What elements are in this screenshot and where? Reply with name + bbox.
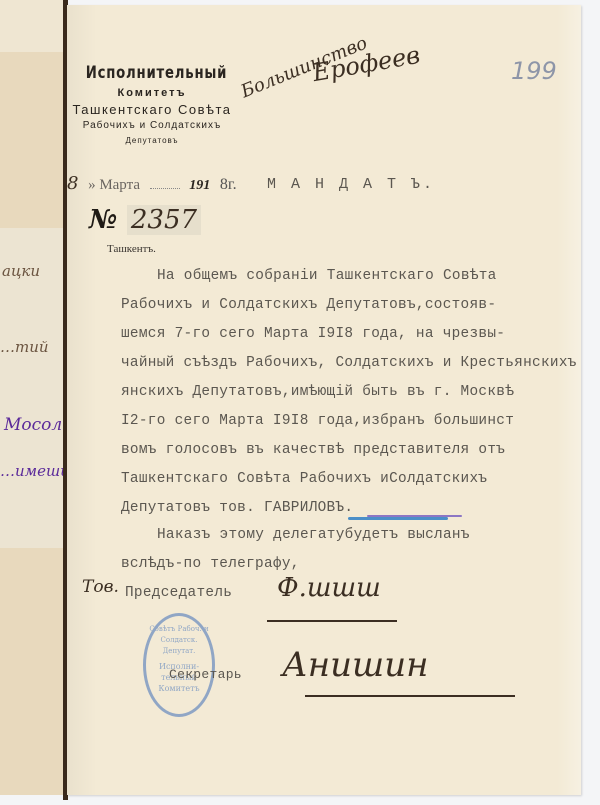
body-line-7: вомъ голосовъ въ качествѣ представителя …	[121, 442, 505, 458]
name-underline-blue	[348, 517, 448, 520]
chairman-signature-underline	[267, 620, 397, 622]
number-symbol: №	[89, 205, 117, 235]
left-note-2: …тий	[0, 338, 49, 356]
body-line-9: Депутатовъ тов. ГАВРИЛОВЪ.	[121, 500, 353, 516]
chairman-signature: Ф.шшш	[277, 573, 381, 603]
left-note-1: ацки	[2, 262, 40, 280]
official-stamp: Совѣтъ Рабоч. и Солдатск. Депутат. Испол…	[143, 613, 215, 717]
chairman-label: Председатель	[125, 585, 232, 601]
archive-page-number: 199	[511, 57, 557, 85]
city: Ташкентъ.	[107, 243, 156, 255]
body-line-2: Рабочихъ и Солдатскихъ Депутатовъ,состоя…	[121, 297, 496, 313]
body-line-3: шемся 7-го сего Марта I9I8 года, на чрез…	[121, 326, 505, 342]
body-line-5: янскихъ Депутатовъ,имѣющiй быть въ г. Мо…	[121, 384, 514, 400]
date-day: 8	[67, 173, 78, 194]
number-value: 2357	[127, 205, 201, 235]
body-line-1: На общемъ собранiи Ташкентскаго Совѣта	[157, 268, 497, 284]
body-line-6: I2-го сего Марта I9I8 года,избранъ больш…	[121, 413, 514, 429]
stamp-ring-text: Совѣтъ Рабоч. и Солдатск. Депутат.	[146, 624, 212, 657]
document-title: М А Н Д А Т Ъ.	[267, 176, 435, 193]
instruction-line-2: вслѣдъ-по телеграфу,	[121, 556, 300, 572]
secretary-label: Секретарь	[169, 667, 242, 682]
adjacent-page-top-strip	[0, 0, 66, 52]
letterhead-line-5: Депутатовъ	[67, 136, 237, 145]
chairman-prefix: Тов.	[82, 577, 119, 597]
instruction-line-1: Наказъ этому делегатубудетъ высланъ	[157, 527, 470, 543]
date-month: » Марта	[88, 177, 140, 193]
registration-number: № 2357	[89, 205, 201, 235]
date-line: 8 » Марта 191 8г.	[67, 173, 237, 194]
secretary-signature: Анишин	[282, 645, 429, 685]
mandate-sheet: Исполнительный Комитетъ Ташкентскаго Сов…	[67, 5, 581, 795]
adjacent-page: ацки …тий Мосолы …имешь	[0, 0, 66, 795]
letterhead-line-1: Исполнительный	[86, 63, 219, 83]
date-year-suffix: 8г.	[220, 176, 237, 193]
body-line-4: чайный съѣздъ Рабочихъ, Солдатскихъ и Кр…	[121, 355, 577, 371]
secretary-signature-underline	[305, 695, 515, 697]
letterhead-line-2: Комитетъ	[67, 87, 237, 99]
body-line-8: Ташкентскаго Совѣта Рабочихъ иСолдатских…	[121, 471, 487, 487]
letterhead-line-3: Ташкентскаго Совѣта	[67, 102, 237, 117]
date-year-prefix: 191	[189, 178, 210, 193]
letterhead: Исполнительный Комитетъ Ташкентскаго Сов…	[67, 63, 237, 145]
letterhead-line-4: Рабочихъ и Солдатскихъ	[67, 120, 237, 131]
left-note-4: …имешь	[0, 462, 68, 480]
stamp-center-3: Комитетъ	[146, 683, 212, 694]
